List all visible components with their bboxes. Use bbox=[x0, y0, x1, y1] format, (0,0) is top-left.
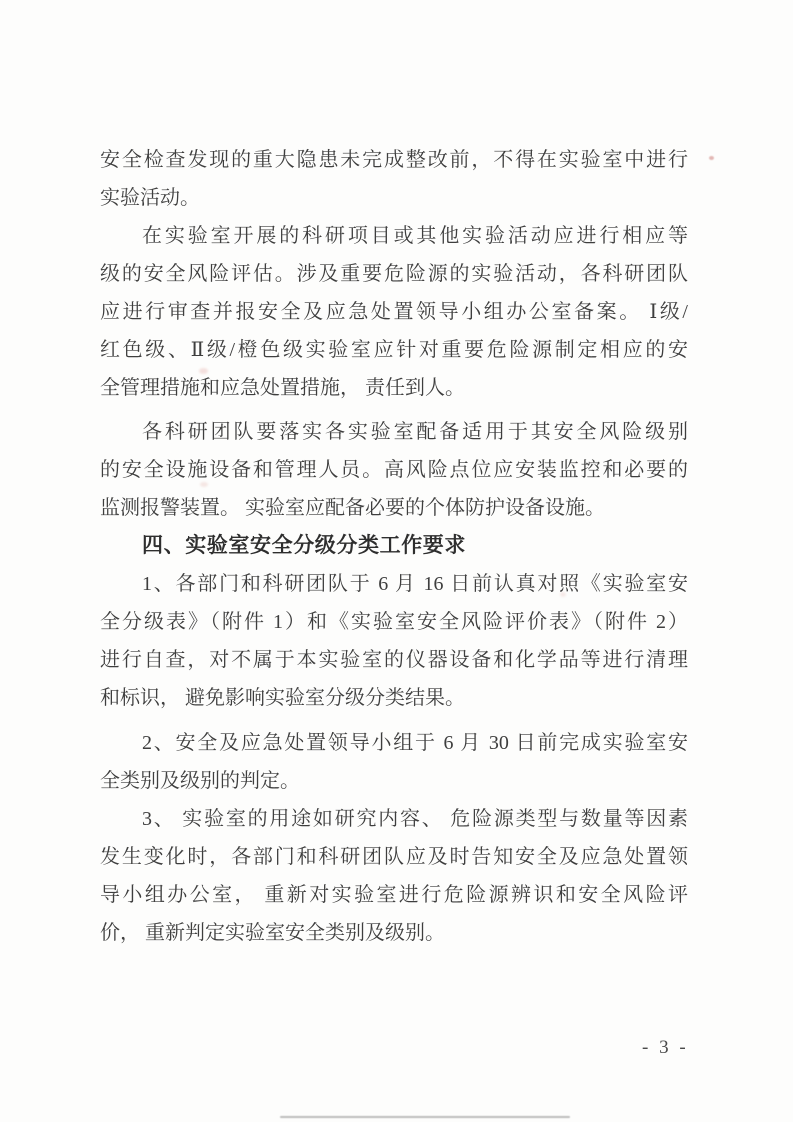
text-line: 在实验室开展的科研项目或其他实验活动应进行相应等 bbox=[100, 217, 688, 255]
text-line: 监测报警装置。 实验室应配备必要的个体防护设备设施。 bbox=[100, 489, 688, 527]
text-line: 级的安全风险评估。涉及重要危险源的实验活动，各科研团队 bbox=[100, 255, 688, 293]
text-line: 3、 实验室的用途如研究内容、 危险源类型与数量等因素 bbox=[100, 800, 688, 838]
document-body: 安全检查发现的重大隐患未完成整改前，不得在实验室中进行 实验活动。 在实验室开展… bbox=[100, 141, 688, 952]
text-line: 全分级表》（附件 1）和《实验室安全风险评价表》（附件 2） bbox=[100, 603, 688, 641]
text-line: 全类别及级别的判定。 bbox=[100, 762, 688, 800]
scan-edge-line bbox=[280, 1116, 570, 1118]
scan-artifact-dot bbox=[709, 156, 714, 160]
text-line: 全管理措施和应急处置措施， 责任到人。 bbox=[100, 369, 688, 407]
document-page: 安全检查发现的重大隐患未完成整改前，不得在实验室中进行 实验活动。 在实验室开展… bbox=[0, 0, 793, 1122]
text-line: 红色级、Ⅱ级/橙色级实验室应针对重要危险源制定相应的安 bbox=[100, 331, 688, 369]
text-line: 价， 重新判定实验室安全类别及级别。 bbox=[100, 914, 688, 952]
text-line: 的安全设施设备和管理人员。高风险点位应安装监控和必要的 bbox=[100, 451, 688, 489]
text-line: 实验活动。 bbox=[100, 179, 688, 217]
text-line: 发生变化时，各部门和科研团队应及时告知安全及应急处置领 bbox=[100, 838, 688, 876]
text-line: 2、安全及应急处置领导小组于 6 月 30 日前完成实验室安 bbox=[100, 724, 688, 762]
text-line: 1、各部门和科研团队于 6 月 16 日前认真对照《实验室安 bbox=[100, 565, 688, 603]
text-line: 各科研团队要落实各实验室配备适用于其安全风险级别 bbox=[100, 413, 688, 451]
text-line: 进行自查，对不属于本实验室的仪器设备和化学品等进行清理 bbox=[100, 641, 688, 679]
text-line: 和标识， 避免影响实验室分级分类结果。 bbox=[100, 679, 688, 717]
text-line: 导小组办公室， 重新对实验室进行危险源辨识和安全风险评 bbox=[100, 876, 688, 914]
text-line: 应进行审查并报安全及应急处置领导小组办公室备案。 Ⅰ级/ bbox=[100, 293, 688, 331]
page-number: - 3 - bbox=[642, 1036, 689, 1060]
text-line: 安全检查发现的重大隐患未完成整改前，不得在实验室中进行 bbox=[100, 141, 688, 179]
section-heading-4: 四、实验室安全分级分类工作要求 bbox=[100, 527, 688, 565]
